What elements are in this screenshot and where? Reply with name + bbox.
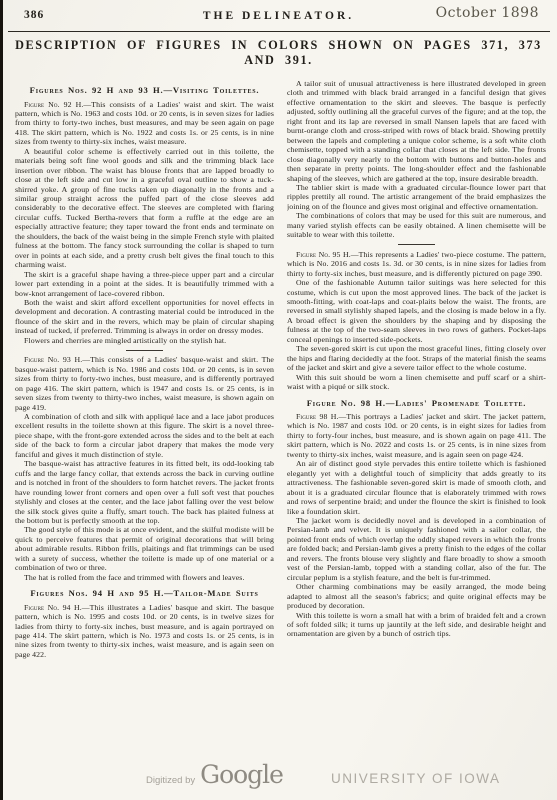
article-heading: DESCRIPTION OF FIGURES IN COLORS SHOWN O… — [0, 38, 557, 67]
paragraph: Both the waist and skirt afford excellen… — [15, 298, 274, 336]
paragraph: The hat is rolled from the face and trim… — [15, 573, 274, 582]
scan-edge-artifact — [0, 0, 3, 800]
paragraph: Figure No. 95 H.—This represents a Ladie… — [287, 250, 546, 278]
paragraph: With this toilette is worn a small hat w… — [287, 611, 546, 639]
paragraph: The skirt is a graceful shape having a t… — [15, 270, 274, 298]
paragraph: The good style of this mode is at once e… — [15, 525, 274, 572]
paragraph: The seven-gored skirt is cut upon the mo… — [287, 344, 546, 372]
paragraph: Other charming combinations may be easil… — [287, 582, 546, 610]
paragraph: Figure No. 93 H.—This consists of a Ladi… — [15, 355, 274, 412]
university-watermark: UNIVERSITY OF IOWA — [331, 771, 501, 786]
paragraph: The basque-waist has attractive features… — [15, 459, 274, 525]
right-column: A tailor suit of unusual attractiveness … — [287, 79, 546, 794]
paragraph: With this suit should be worn a linen ch… — [287, 373, 546, 392]
google-logo: Google — [200, 760, 283, 789]
text-columns: Figures Nos. 92 H and 93 H.—Visiting Toi… — [15, 79, 546, 794]
paragraph: An air of distinct good style pervades t… — [287, 459, 546, 516]
header-rule — [8, 31, 550, 32]
paragraph: The tablier skirt is made with a graduat… — [287, 183, 546, 211]
article-heading-line2: AND 391. — [0, 53, 557, 68]
issue-date: October 1898 — [436, 5, 539, 21]
section-heading: Figure No. 98 H.—Ladies' Promenade Toile… — [287, 398, 546, 408]
figure-lead: Figure 98 H. — [296, 412, 339, 421]
figure-lead: Figure No. 94 H. — [24, 603, 82, 612]
paragraph: Figure 98 H.—This portrays a Ladies' jac… — [287, 412, 546, 459]
left-column: Figures Nos. 92 H and 93 H.—Visiting Toi… — [15, 79, 274, 794]
section-divider — [126, 350, 163, 351]
paragraph: A combination of cloth and silk with app… — [15, 412, 274, 459]
paragraph: Flowers and cherries are mingled artisti… — [15, 336, 274, 345]
figure-lead: Figure No. 92 H. — [24, 100, 83, 109]
paragraph: One of the fashionable Autumn tailor sui… — [287, 278, 546, 344]
paragraph: The combinations of colors that may be u… — [287, 211, 546, 239]
google-watermark: Digitized by Google — [146, 760, 283, 789]
paragraph: Figure No. 94 H.—This illustrates a Ladi… — [15, 603, 274, 660]
article-heading-line1: DESCRIPTION OF FIGURES IN COLORS SHOWN O… — [0, 38, 557, 53]
paragraph: The jacket worn is decidedly novel and i… — [287, 516, 546, 582]
paragraph: A tailor suit of unusual attractiveness … — [287, 79, 546, 183]
figure-lead: Figure No. 93 H. — [24, 355, 82, 364]
section-heading: Figures Nos. 92 H and 93 H.—Visiting Toi… — [15, 85, 274, 95]
section-heading: Figures Nos. 94 H and 95 H.—Tailor-Made … — [15, 588, 274, 598]
digitized-by-label: Digitized by — [146, 775, 195, 786]
section-divider — [398, 244, 435, 245]
figure-lead: Figure No. 95 H. — [296, 250, 351, 259]
scanned-magazine-page: 386 THE DELINEATOR. October 1898 DESCRIP… — [0, 0, 557, 800]
paragraph: A beautiful color scheme is effectively … — [15, 147, 274, 270]
paragraph: Figure No. 92 H.—This consists of a Ladi… — [15, 100, 274, 147]
